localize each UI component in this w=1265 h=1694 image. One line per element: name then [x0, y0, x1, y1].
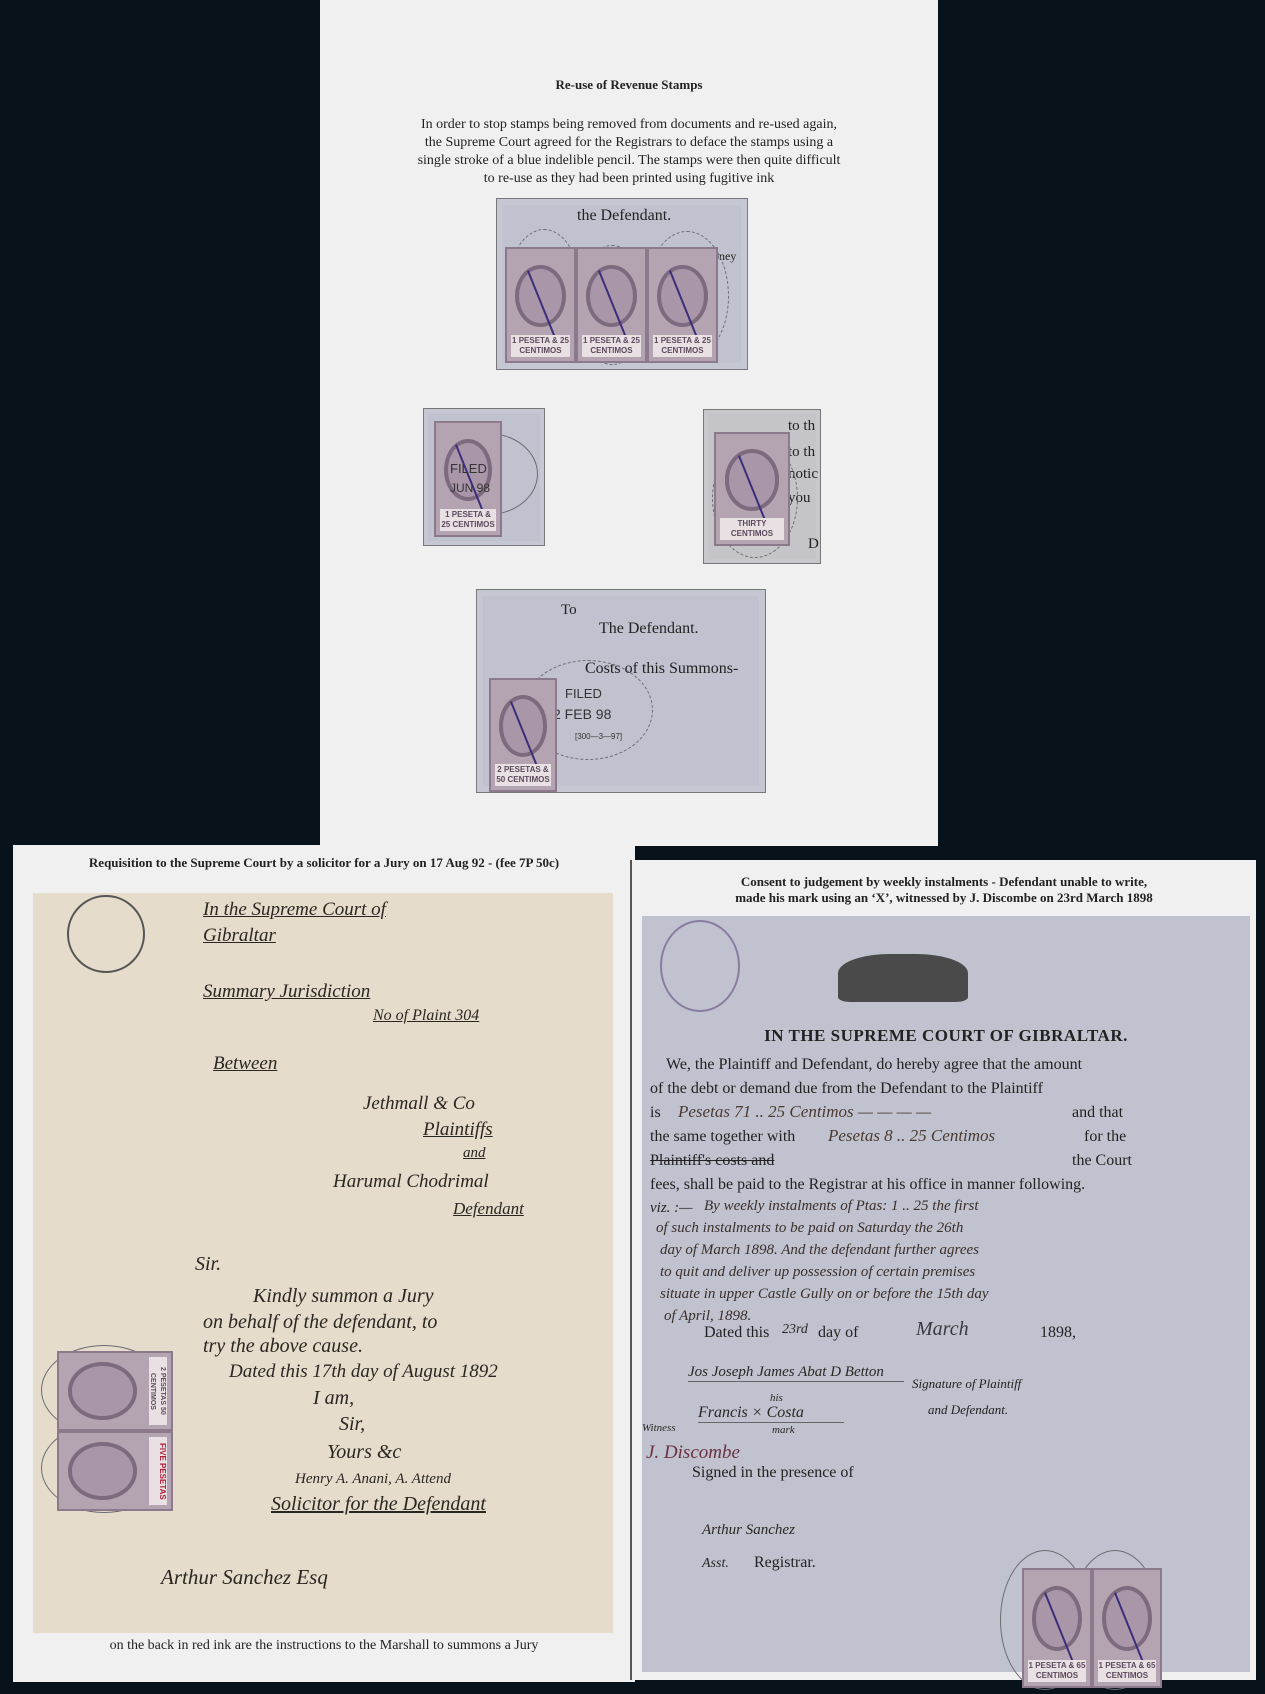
printed-text: the Defendant.	[577, 207, 671, 225]
page-title: Re-use of Revenue Stamps	[320, 77, 938, 93]
stamp-1p25c: 1 PESETA & 25 CENTIMOS	[505, 247, 576, 363]
stamp-2p50c-sideways: 2 PESETAS 50 CENTIMOS	[57, 1351, 173, 1431]
page-caption: Requisition to the Supreme Court by a so…	[13, 855, 635, 871]
stamp-2p50c: 2 PESETAS & 50 CENTIMOS	[489, 678, 557, 792]
stamp-1p65c: 1 PESETA & 65 CENTIMOS	[1092, 1568, 1162, 1688]
registrar-signature: Arthur Sanchez	[702, 1522, 795, 1539]
purple-court-seal	[660, 920, 740, 1012]
defendant-mark-signature: Francis × Costa	[698, 1404, 844, 1423]
stamp-thirty-centimos: THIRTY CENTIMOS	[714, 432, 790, 546]
form-heading: IN THE SUPREME COURT OF GIBRALTAR.	[642, 1026, 1250, 1046]
stamp-five-pesetas-sideways: FIVE PESETAS	[57, 1431, 173, 1511]
album-page-jury-requisition: Requisition to the Supreme Court by a so…	[13, 845, 635, 1682]
royal-coat-of-arms	[838, 954, 968, 1002]
page-description: In order to stop stamps being removed fr…	[412, 116, 846, 188]
album-page-reuse-of-revenue-stamps: Re-use of Revenue Stamps In order to sto…	[320, 0, 938, 846]
stamp-1p25c: 1 PESETA & 25 CENTIMOS	[576, 247, 647, 363]
stamp-1p65c: 1 PESETA & 65 CENTIMOS	[1022, 1568, 1092, 1688]
printed-court-form: IN THE SUPREME COURT OF GIBRALTAR. We, t…	[642, 916, 1250, 1672]
page-caption-line1: Consent to judgement by weekly instalmen…	[632, 874, 1256, 890]
page-footer-note: on the back in red ink are the instructi…	[13, 1637, 635, 1655]
stamp-1p25c: 1 PESETA & 25 CENTIMOS	[647, 247, 718, 363]
album-page-consent-to-judgement: Consent to judgement by weekly instalmen…	[630, 860, 1256, 1680]
piece-strip-of-three: the Defendant. oney 1 PESETA & 25 CENTIM…	[496, 198, 748, 370]
page-caption-line2: made his mark using an ‘X’, witnessed by…	[632, 890, 1256, 906]
piece-to-the-defendant: To The Defendant. Costs of this Summons-…	[476, 589, 766, 793]
stamp-1-peseta: 1 PESETA & 25 CENTIMOS	[434, 421, 502, 537]
court-seal-stamp	[67, 895, 145, 973]
handwritten-letter: In the Supreme Court of Gibraltar Summar…	[33, 893, 613, 1633]
piece-single-stamp-filed: 1 PESETA & 25 CENTIMOS FILED JUN 98	[423, 408, 545, 546]
witness-signature: J. Discombe	[646, 1442, 740, 1464]
piece-thirty-centimos: to th to th notic you D THIRTY CENTIMOS	[703, 409, 821, 564]
plaintiff-signature: Jos Joseph James Abat D Betton	[688, 1364, 904, 1382]
